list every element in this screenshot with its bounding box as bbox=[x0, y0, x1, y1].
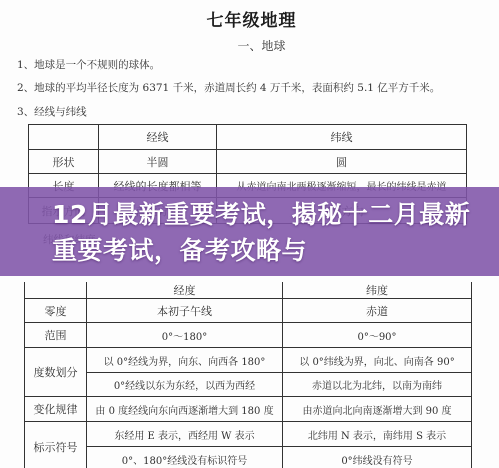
table-header-row: 经度 纬度 bbox=[25, 282, 472, 299]
headline-banner-title[interactable]: 12月最新重要考试，揭秘十二月最新重要考试，备考攻略与 bbox=[0, 187, 499, 276]
row-label: 形状 bbox=[29, 150, 99, 174]
table-cell: 由 0 度经线向东向西逐渐增大到 180 度 bbox=[87, 397, 283, 422]
text-line-3: 3、经线与纬线 bbox=[17, 104, 87, 119]
table-cell: 以 0°经线为界，向东、向西各 180° bbox=[87, 348, 283, 373]
table-cell: 0°、180°经线没有标识符号 bbox=[87, 447, 283, 468]
longitude-latitude-table: 经度 纬度 零度 本初子午线 赤道 范围 0°～180° 0°～90° 度数划分… bbox=[24, 282, 472, 468]
text-line-2: 2、地球的平均半径长度为 6371 千米，赤道周长约 4 万千米，表面积约 5.… bbox=[17, 80, 440, 95]
table-cell: 以 0°纬线为界，向北、向南各 90° bbox=[283, 348, 472, 373]
table-header-cell bbox=[29, 125, 99, 150]
table-cell: 0°纬线没有符号 bbox=[283, 447, 472, 468]
row-label: 度数划分 bbox=[25, 348, 87, 397]
table-row: 形状 半圆 圆 bbox=[29, 150, 467, 174]
table-row: 范围 0°～180° 0°～90° bbox=[25, 323, 472, 348]
table-cell: 东经用 E 表示，西经用 W 表示 bbox=[87, 422, 283, 447]
table-row: 0°、180°经线没有标识符号 0°纬线没有符号 bbox=[25, 447, 472, 468]
row-label: 范围 bbox=[25, 323, 87, 348]
table-cell: 本初子午线 bbox=[87, 299, 283, 323]
table-cell: 北纬用 N 表示，南纬用 S 表示 bbox=[283, 422, 472, 447]
table-row: 标示符号 东经用 E 表示，西经用 W 表示 北纬用 N 表示，南纬用 S 表示 bbox=[25, 422, 472, 447]
section-subtitle: 一、地球 bbox=[0, 37, 499, 54]
table-cell: 0°～90° bbox=[283, 323, 472, 348]
table-row: 变化规律 由 0 度经线向东向西逐渐增大到 180 度 由赤道向北向南逐渐增大到… bbox=[25, 397, 472, 422]
table-cell: 赤道以北为北纬，以南为南纬 bbox=[283, 373, 472, 397]
table-header-cell: 纬线 bbox=[217, 125, 467, 150]
table-cell: 由赤道向北向南逐渐增大到 90 度 bbox=[283, 397, 472, 422]
document-title: 七年级地理 bbox=[0, 6, 499, 31]
table-cell: 半圆 bbox=[99, 150, 217, 174]
table-header-row: 经线 纬线 bbox=[29, 125, 467, 150]
text-line-1: 1、地球是一个不规则的球体。 bbox=[17, 57, 160, 72]
table-cell: 圆 bbox=[217, 150, 467, 174]
table-row: 度数划分 以 0°经线为界，向东、向西各 180° 以 0°纬线为界，向北、向南… bbox=[25, 348, 472, 373]
table-cell: 赤道 bbox=[283, 299, 472, 323]
table-row: 零度 本初子午线 赤道 bbox=[25, 299, 472, 323]
table-header-cell: 纬度 bbox=[283, 282, 472, 299]
row-label: 标示符号 bbox=[25, 422, 87, 468]
table-cell: 0°经线以东为东经，以西为西经 bbox=[87, 373, 283, 397]
table-header-cell: 经度 bbox=[87, 282, 283, 299]
table-cell: 0°～180° bbox=[87, 323, 283, 348]
table-header-cell bbox=[25, 282, 87, 299]
table-header-cell: 经线 bbox=[99, 125, 217, 150]
table-row: 0°经线以东为东经，以西为西经 赤道以北为北纬，以南为南纬 bbox=[25, 373, 472, 397]
row-label: 零度 bbox=[25, 299, 87, 323]
row-label: 变化规律 bbox=[25, 397, 87, 422]
